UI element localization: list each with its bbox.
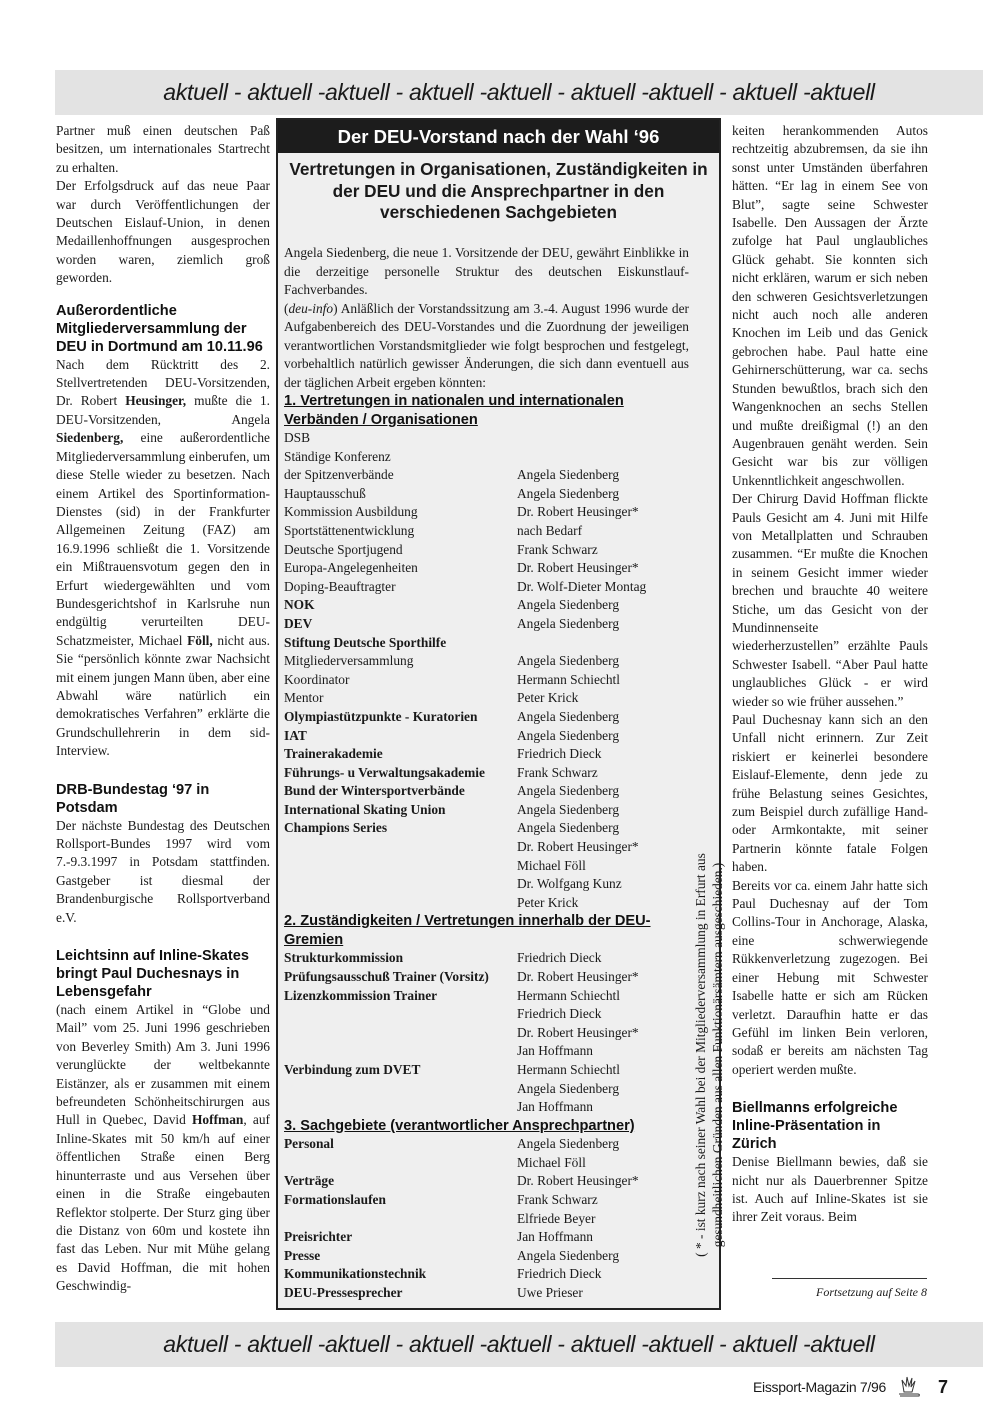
table-row: TrainerakademieFriedrich Dieck [284, 745, 689, 764]
table-row: Lizenzkommission TrainerHermann Schiecht… [284, 987, 689, 1006]
section-3-table: PersonalAngela SiedenbergMichael FöllVer… [284, 1135, 689, 1302]
table-row: Olympiastützpunkte - KuratorienAngela Si… [284, 708, 689, 727]
row-person: nach Bedarf [517, 522, 689, 541]
table-row: Deutsche SportjugendFrank Schwarz [284, 541, 689, 560]
row-person: Angela Siedenberg [517, 596, 689, 615]
table-row: KommunikationstechnikFriedrich Dieck [284, 1265, 689, 1284]
row-person: Elfriede Beyer [517, 1210, 689, 1229]
table-row: Kommission AusbildungDr. Robert Heusinge… [284, 503, 689, 522]
row-label: Koordinator [284, 671, 517, 690]
row-person: Peter Krick [517, 894, 689, 913]
row-label [284, 1210, 517, 1229]
row-label: Deutsche Sportjugend [284, 541, 517, 560]
row-person: Frank Schwarz [517, 541, 689, 560]
row-person: Dr. Wolf-Dieter Montag [517, 578, 689, 597]
article-body-inline-skates: (nach einem Artikel in “Globe und Mail” … [56, 1001, 270, 1296]
page-footer: Eissport-Magazin 7/96 7 [753, 1374, 948, 1400]
table-row: Stiftung Deutsche Sporthilfe [284, 634, 689, 653]
row-label: Formationslaufen [284, 1191, 517, 1210]
row-label: Hauptausschuß [284, 485, 517, 504]
row-person: Dr. Robert Heusinger* [517, 1024, 689, 1043]
row-label: International Skating Union [284, 801, 517, 820]
row-person: Angela Siedenberg [517, 801, 689, 820]
row-label: IAT [284, 727, 517, 746]
row-person [517, 429, 689, 448]
table-row: Bund der WintersportverbändeAngela Siede… [284, 782, 689, 801]
intro-paragraph: Partner muß einen deutschen Paß besitzen… [56, 122, 270, 177]
table-row: Michael Föll [284, 1154, 689, 1173]
table-row: PersonalAngela Siedenberg [284, 1135, 689, 1154]
table-row: DSB [284, 429, 689, 448]
aktuell-banner-bottom: aktuell - aktuell -aktuell - aktuell -ak… [55, 1322, 983, 1367]
right-paragraph: keiten herankommenden Autos rechtzeitig … [732, 122, 928, 490]
table-row: Friedrich Dieck [284, 1005, 689, 1024]
row-person: Jan Hoffmann [517, 1042, 689, 1061]
footnote-vertical: ( * - ist kurz nach seiner Wahl bei der … [672, 815, 712, 1295]
left-column: Partner muß einen deutschen Paß besitzen… [56, 122, 270, 1296]
table-row: Prüfungsausschuß Trainer (Vorsitz)Dr. Ro… [284, 968, 689, 987]
box-info: (deu-info) Anläßlich der Vorstandssitzun… [284, 300, 689, 393]
table-row: MentorPeter Krick [284, 689, 689, 708]
section-heading-2: 2. Zuständigkeiten / Vertretungen innerh… [284, 912, 689, 949]
section-2-table: StrukturkommissionFriedrich DieckPrüfung… [284, 949, 689, 1116]
aktuell-banner-top: aktuell - aktuell -aktuell - aktuell -ak… [55, 70, 983, 115]
row-person: Jan Hoffmann [517, 1098, 689, 1117]
row-person: Friedrich Dieck [517, 949, 689, 968]
continued-on-page: Fortsetzung auf Seite 8 [772, 1278, 927, 1300]
row-person: Friedrich Dieck [517, 1005, 689, 1024]
row-person: Friedrich Dieck [517, 745, 689, 764]
table-row: International Skating UnionAngela Sieden… [284, 801, 689, 820]
row-label: DEV [284, 615, 517, 634]
row-label [284, 857, 517, 876]
intro-paragraph: Der Erfolgsdruck auf das neue Paar war d… [56, 177, 270, 287]
table-row: Europa-AngelegenheitenDr. Robert Heusing… [284, 559, 689, 578]
table-row: Dr. Wolfgang Kunz [284, 875, 689, 894]
table-row: Jan Hoffmann [284, 1042, 689, 1061]
section-heading-3: 3. Sachgebiete (verantwortlicher Ansprec… [284, 1117, 689, 1136]
row-person: Friedrich Dieck [517, 1265, 689, 1284]
table-row: KoordinatorHermann Schiechtl [284, 671, 689, 690]
section-heading-1: 1. Vertretungen in nationalen und intern… [284, 392, 689, 429]
table-row: Verbindung zum DVETHermann Schiechtl [284, 1061, 689, 1080]
table-row: FormationslaufenFrank Schwarz [284, 1191, 689, 1210]
row-person [517, 634, 689, 653]
row-person: Uwe Prieser [517, 1284, 689, 1303]
table-row: DEVAngela Siedenberg [284, 615, 689, 634]
article-body-drb-bundestag: Der nächste Bundestag des Deutschen Roll… [56, 817, 270, 927]
row-person: Angela Siedenberg [517, 1247, 689, 1266]
row-label: Preisrichter [284, 1228, 517, 1247]
table-row: PresseAngela Siedenberg [284, 1247, 689, 1266]
table-row: Elfriede Beyer [284, 1210, 689, 1229]
table-row: IATAngela Siedenberg [284, 727, 689, 746]
table-row: Jan Hoffmann [284, 1098, 689, 1117]
row-label: Sportstättenentwicklung [284, 522, 517, 541]
row-label: Verbindung zum DVET [284, 1061, 517, 1080]
table-row: VerträgeDr. Robert Heusinger* [284, 1172, 689, 1191]
table-row: StrukturkommissionFriedrich Dieck [284, 949, 689, 968]
table-row: Angela Siedenberg [284, 1080, 689, 1099]
row-label [284, 1024, 517, 1043]
right-paragraph: Bereits vor ca. einem Jahr hatte sich Pa… [732, 877, 928, 1079]
row-person: Michael Föll [517, 1154, 689, 1173]
row-label [284, 1080, 517, 1099]
row-label: Europa-Angelegenheiten [284, 559, 517, 578]
row-person [517, 448, 689, 467]
row-label [284, 875, 517, 894]
footnote-line: gesundheitlichen Gründen aus allen Funkt… [709, 815, 726, 1295]
row-label: Mentor [284, 689, 517, 708]
box-title: Der DEU-Vorstand nach der Wahl ‘96 [278, 120, 719, 153]
table-row: Ständige Konferenz [284, 448, 689, 467]
footnote-line: ( * - ist kurz nach seiner Wahl bei der … [692, 815, 709, 1295]
right-column: keiten herankommenden Autos rechtzeitig … [732, 122, 928, 1227]
row-label: DEU-Pressesprecher [284, 1284, 517, 1303]
row-person: Dr. Robert Heusinger* [517, 559, 689, 578]
row-person: Angela Siedenberg [517, 652, 689, 671]
row-label: der Spitzenverbände [284, 466, 517, 485]
section-1-table: DSBStändige Konferenzder Spitzenverbände… [284, 429, 689, 912]
row-label [284, 1098, 517, 1117]
row-person: Hermann Schiechtl [517, 671, 689, 690]
table-row: Dr. Robert Heusinger* [284, 838, 689, 857]
row-label: Champions Series [284, 819, 517, 838]
article-body-biellmann: Denise Biellmann bewies, daß sie nicht n… [732, 1153, 928, 1227]
page-number: 7 [938, 1377, 948, 1398]
row-person: Frank Schwarz [517, 764, 689, 783]
table-row: MitgliederversammlungAngela Siedenberg [284, 652, 689, 671]
box-body: Angela Siedenberg, die neue 1. Vorsitzen… [284, 244, 689, 1303]
row-person: Peter Krick [517, 689, 689, 708]
row-label: DSB [284, 429, 517, 448]
row-label: Mitgliederversammlung [284, 652, 517, 671]
row-person: Angela Siedenberg [517, 1135, 689, 1154]
table-row: Peter Krick [284, 894, 689, 913]
row-label: Trainerakademie [284, 745, 517, 764]
deu-board-box: Der DEU-Vorstand nach der Wahl ‘96 Vertr… [276, 118, 721, 1310]
row-person: Angela Siedenberg [517, 727, 689, 746]
row-person: Angela Siedenberg [517, 485, 689, 504]
box-subtitle: Vertretungen in Organisationen, Zuständi… [278, 153, 719, 224]
skate-blade-logo-icon [896, 1374, 922, 1400]
article-heading-inline-skates: Leichtsinn auf Inline-Skates bringt Paul… [56, 947, 270, 1001]
row-label: Bund der Wintersportverbände [284, 782, 517, 801]
row-person: Angela Siedenberg [517, 782, 689, 801]
row-person: Dr. Wolfgang Kunz [517, 875, 689, 894]
row-label: Ständige Konferenz [284, 448, 517, 467]
magazine-issue: Eissport-Magazin 7/96 [753, 1379, 886, 1395]
row-person: Angela Siedenberg [517, 615, 689, 634]
row-label: Kommission Ausbildung [284, 503, 517, 522]
table-row: PreisrichterJan Hoffmann [284, 1228, 689, 1247]
table-row: Doping-BeauftragterDr. Wolf-Dieter Monta… [284, 578, 689, 597]
row-label: Doping-Beauftragter [284, 578, 517, 597]
row-person: Dr. Robert Heusinger* [517, 968, 689, 987]
row-person: Dr. Robert Heusinger* [517, 1172, 689, 1191]
row-label [284, 1154, 517, 1173]
table-row: Führungs- u VerwaltungsakademieFrank Sch… [284, 764, 689, 783]
table-row: Champions SeriesAngela Siedenberg [284, 819, 689, 838]
table-row: der SpitzenverbändeAngela Siedenberg [284, 466, 689, 485]
row-label: NOK [284, 596, 517, 615]
row-label: Presse [284, 1247, 517, 1266]
box-intro: Angela Siedenberg, die neue 1. Vorsitzen… [284, 244, 689, 300]
row-label: Strukturkommission [284, 949, 517, 968]
row-label: Personal [284, 1135, 517, 1154]
row-person: Angela Siedenberg [517, 1080, 689, 1099]
row-label: Olympiastützpunkte - Kuratorien [284, 708, 517, 727]
row-label [284, 894, 517, 913]
row-label [284, 1005, 517, 1024]
row-person: Hermann Schiechtl [517, 1061, 689, 1080]
row-person: Frank Schwarz [517, 1191, 689, 1210]
article-heading-biellmann: Biellmanns erfolgreiche Inline-Präsentat… [732, 1099, 928, 1153]
table-row: NOKAngela Siedenberg [284, 596, 689, 615]
table-row: Dr. Robert Heusinger* [284, 1024, 689, 1043]
row-label [284, 1042, 517, 1061]
row-person: Jan Hoffmann [517, 1228, 689, 1247]
row-person: Hermann Schiechtl [517, 987, 689, 1006]
row-label: Kommunikationstechnik [284, 1265, 517, 1284]
table-row: DEU-PressesprecherUwe Prieser [284, 1284, 689, 1303]
row-label: Führungs- u Verwaltungsakademie [284, 764, 517, 783]
row-person: Angela Siedenberg [517, 819, 689, 838]
table-row: Michael Föll [284, 857, 689, 876]
article-heading-mitgliederversammlung: Außerordentliche Mitgliederversammlung d… [56, 302, 270, 356]
row-label: Verträge [284, 1172, 517, 1191]
row-person: Angela Siedenberg [517, 708, 689, 727]
row-label [284, 838, 517, 857]
right-paragraph: Paul Duchesnay kann sich an den Unfall n… [732, 711, 928, 877]
table-row: HauptausschußAngela Siedenberg [284, 485, 689, 504]
row-label: Stiftung Deutsche Sporthilfe [284, 634, 517, 653]
table-row: Sportstättenentwicklungnach Bedarf [284, 522, 689, 541]
row-person: Dr. Robert Heusinger* [517, 838, 689, 857]
row-person: Dr. Robert Heusinger* [517, 503, 689, 522]
right-paragraph: Der Chirurg David Hoffman flickte Pauls … [732, 490, 928, 711]
row-person: Angela Siedenberg [517, 466, 689, 485]
article-heading-drb-bundestag: DRB-Bundestag ‘97 in Potsdam [56, 781, 270, 817]
row-label: Lizenzkommission Trainer [284, 987, 517, 1006]
article-body-mitgliederversammlung: Nach dem Rücktritt des 2. Stellvertreten… [56, 356, 270, 761]
row-label: Prüfungsausschuß Trainer (Vorsitz) [284, 968, 517, 987]
row-person: Michael Föll [517, 857, 689, 876]
